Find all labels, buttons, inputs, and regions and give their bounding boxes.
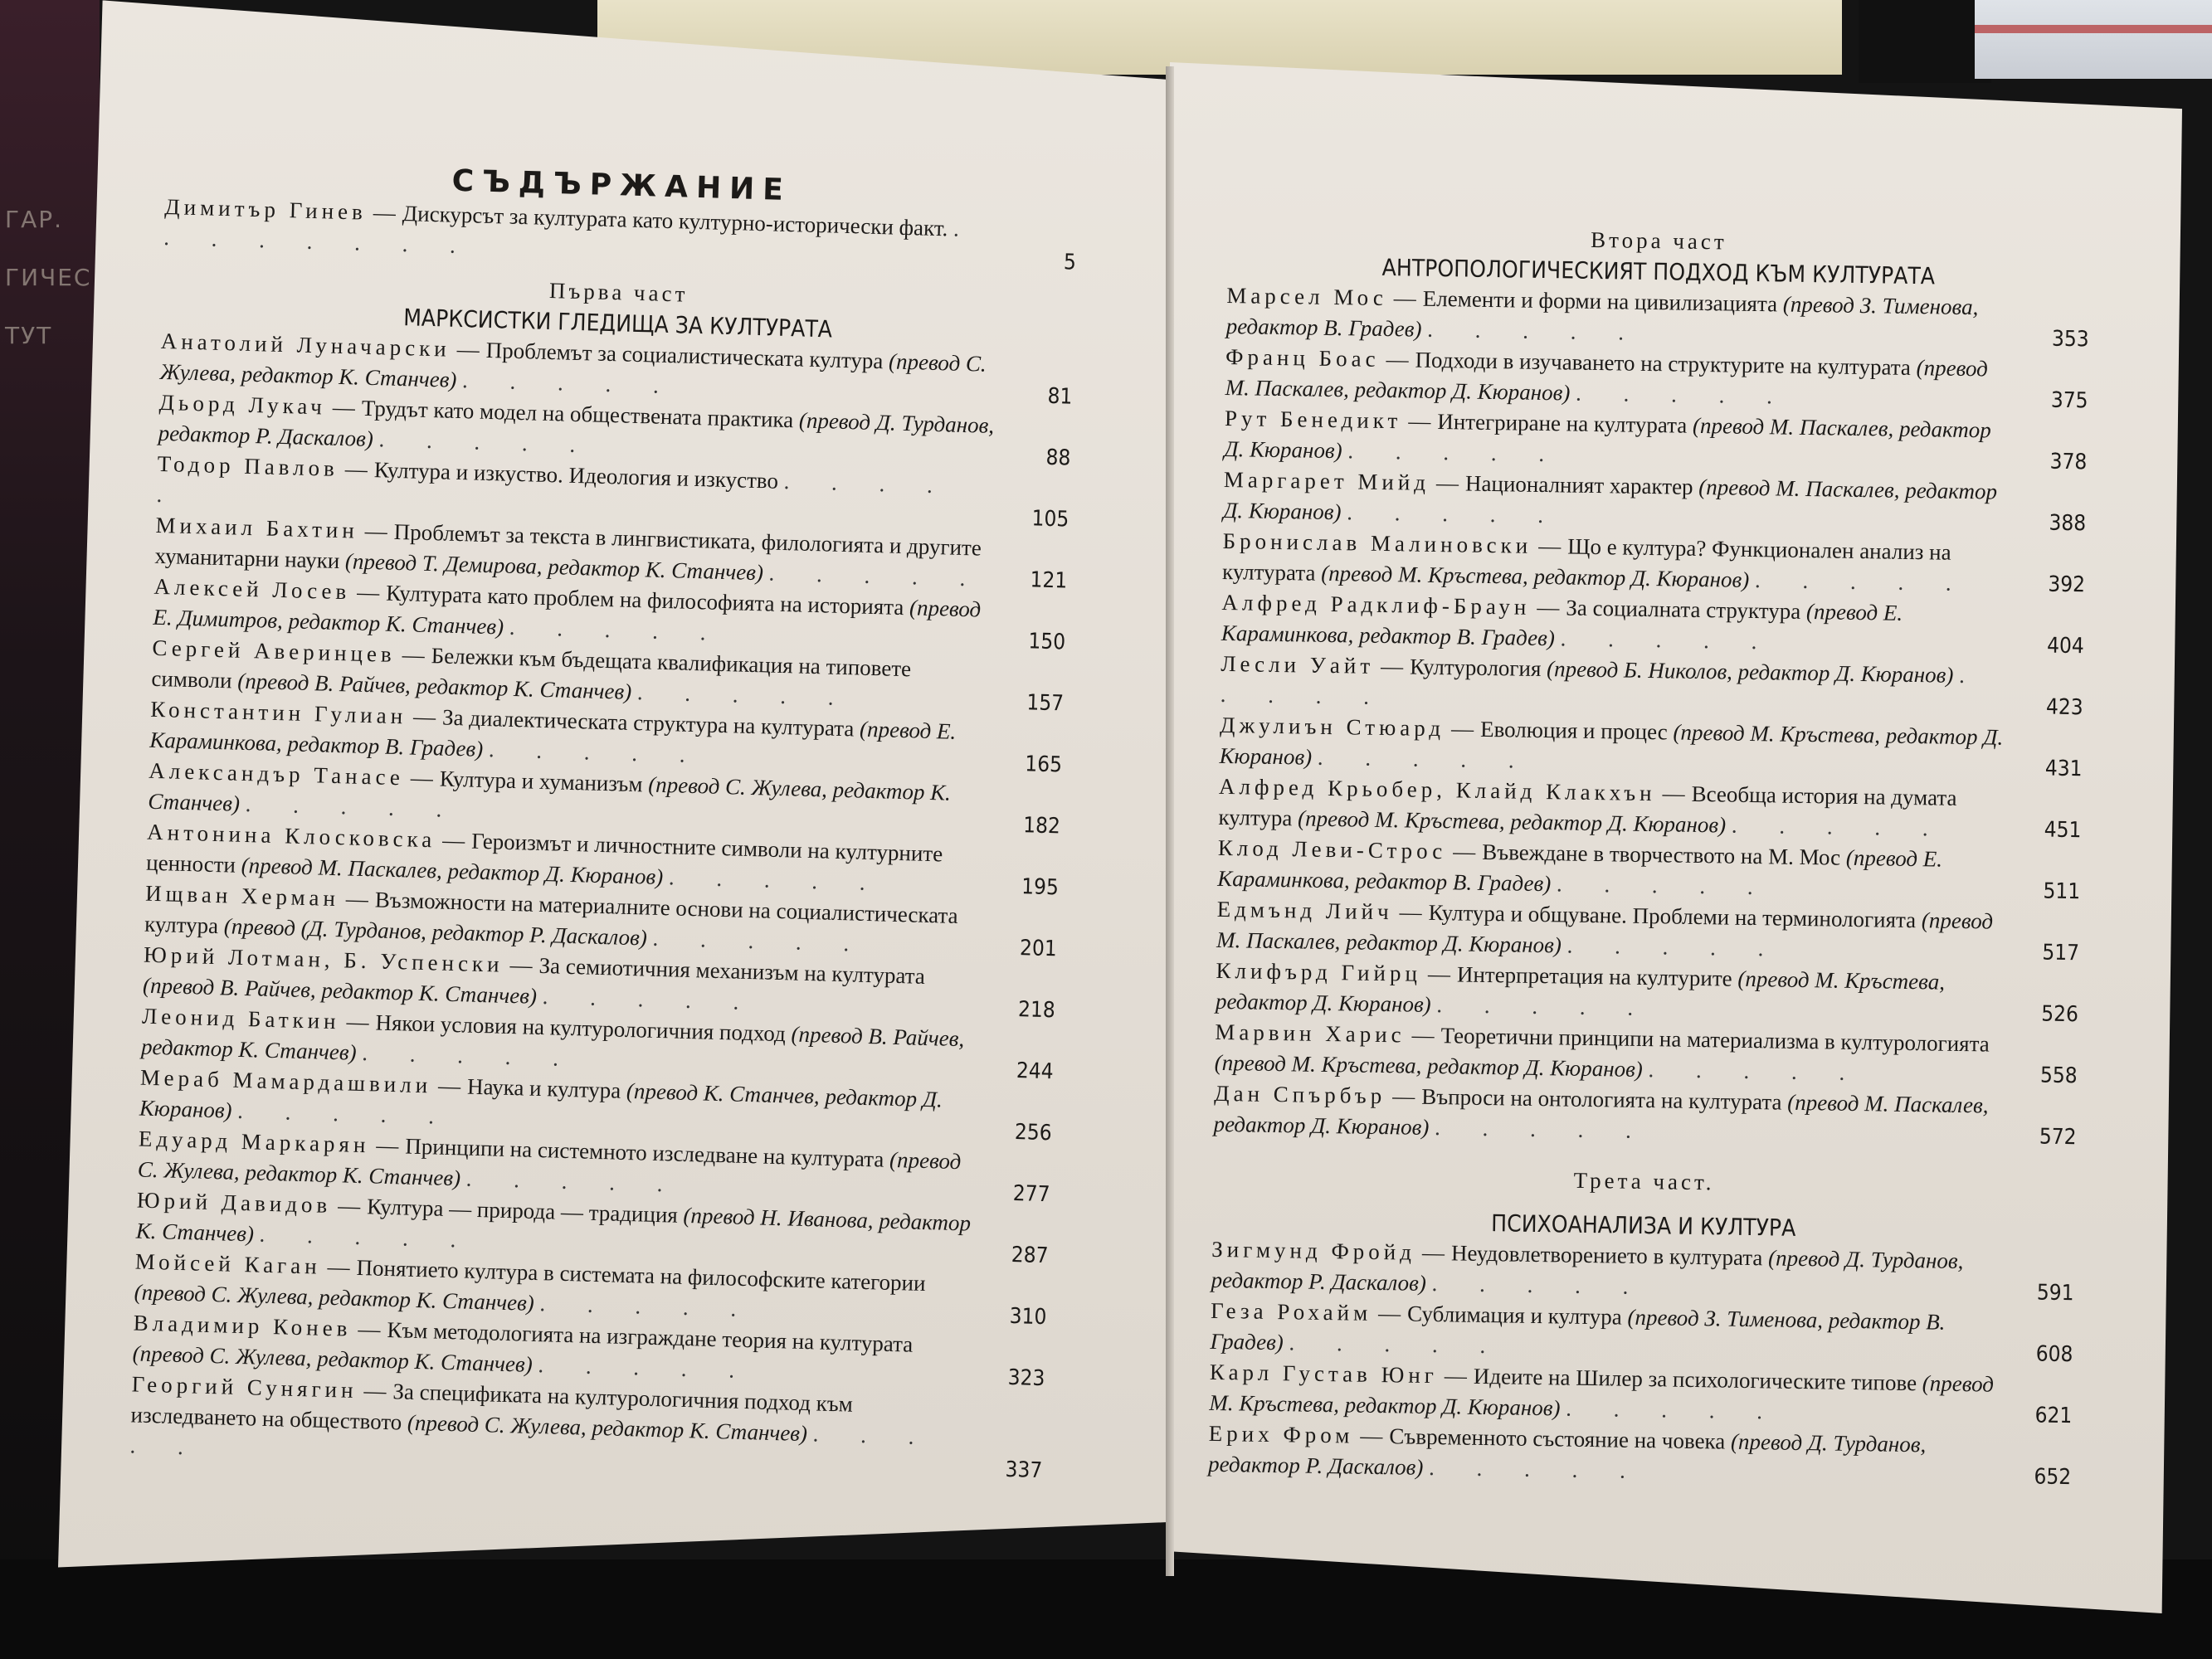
entry-page: 165 xyxy=(995,748,1062,781)
dash: — xyxy=(1451,716,1474,741)
dash: — xyxy=(358,1316,381,1342)
entry-author: Димитър Гинев xyxy=(164,194,367,225)
entry-page: 392 xyxy=(2019,569,2086,601)
dash: — xyxy=(1453,839,1475,864)
entry-page: 652 xyxy=(2005,1462,2072,1493)
dash: — xyxy=(1381,654,1403,679)
dash: — xyxy=(402,642,425,668)
leader-dots: . . . . . xyxy=(362,1040,577,1071)
dash: — xyxy=(1537,595,1559,620)
entry-title: Еволюция и процес xyxy=(1480,717,1668,745)
entry-page: 353 xyxy=(2022,324,2089,355)
entry-author: Геза Рохайм xyxy=(1211,1298,1372,1326)
entry-author: Бронислав Малиновски xyxy=(1222,528,1532,558)
leader-dots: . . . . . xyxy=(669,864,884,895)
entry-page: 310 xyxy=(980,1301,1047,1333)
entry-author: Мераб Мамардашвили xyxy=(140,1065,432,1098)
leader-dots: . . . . . xyxy=(237,1098,452,1129)
dash: — xyxy=(338,1193,361,1219)
leader-dots: . . . . . xyxy=(637,679,852,710)
entry-title: Интерпретация на културите xyxy=(1457,961,1732,990)
entry-page: 81 xyxy=(1006,380,1073,412)
leader-dots: . . . . . xyxy=(1560,625,1775,654)
entry-page: 256 xyxy=(985,1117,1052,1149)
entry-page: 431 xyxy=(2015,753,2083,785)
dash: — xyxy=(438,1073,461,1099)
entry-page: 337 xyxy=(976,1454,1043,1486)
entry-credits: (превод М. Кръстева, редактор Д. Кюранов… xyxy=(1321,561,1749,592)
entry-page: 517 xyxy=(2013,937,2080,969)
leader-dots: . . . . . xyxy=(1648,1057,1863,1085)
leader-dots: . . . . . xyxy=(1347,499,1562,528)
entry-author: Анатолий Луначарски xyxy=(160,328,451,362)
entry-title: Култура и хуманизъм xyxy=(439,766,643,797)
entry-title: Теоретични принципи на материализма в ку… xyxy=(1440,1023,1989,1056)
leader-dots: . . . . . xyxy=(465,1166,680,1197)
entry-page: 5 xyxy=(1009,246,1076,278)
leader-dots: . . . . . xyxy=(542,984,757,1014)
dash: — xyxy=(346,1009,369,1034)
entry-title: Въпроси на онтологията на културата xyxy=(1421,1084,1782,1115)
dash: — xyxy=(1411,1023,1434,1048)
entry-page: 195 xyxy=(992,871,1059,903)
dash: — xyxy=(1662,781,1684,805)
entry-page: 608 xyxy=(2006,1339,2073,1370)
entry-author: Марвин Харис xyxy=(1215,1019,1406,1048)
entry-author: Зигмунд Фройд xyxy=(1211,1237,1415,1265)
entry-author: Антонина Клосковска xyxy=(147,820,436,853)
leader-dots: . . . . . xyxy=(462,367,677,398)
dash: — xyxy=(456,337,480,362)
entry-page: 388 xyxy=(2020,508,2087,539)
leader-dots: . . . . . xyxy=(1347,438,1562,466)
dash: — xyxy=(344,456,368,482)
leader-dots: . . . . . xyxy=(538,1352,753,1383)
entry-page: 287 xyxy=(982,1239,1049,1272)
dash: — xyxy=(357,580,380,606)
dash: — xyxy=(1394,285,1416,310)
entry-page: 451 xyxy=(2015,815,2082,846)
dash: — xyxy=(327,1254,350,1280)
leader-dots: . . . . . xyxy=(1755,567,1970,596)
leader-dots: . . . . . xyxy=(1289,1330,1503,1358)
dash: — xyxy=(364,518,387,544)
entry-page: 558 xyxy=(2010,1060,2078,1092)
entry-credits: (превод М. Кръстева, редактор Д. Кюранов… xyxy=(1215,1050,1643,1082)
entry-title: Култура — природа — традиция xyxy=(367,1194,678,1227)
part-label: Трета част. xyxy=(1212,1160,2075,1204)
dash: — xyxy=(413,704,436,730)
entry-page: 88 xyxy=(1004,441,1071,474)
entry-page: 323 xyxy=(978,1362,1045,1394)
entry-page: 218 xyxy=(988,994,1055,1026)
dash: — xyxy=(509,952,533,978)
entry-author: Мойсей Каган xyxy=(134,1248,321,1278)
entry-title: Подходи в изучаването на структурите на … xyxy=(1415,348,1911,380)
toc-right-column: Втора част АНТРОПОЛОГИЧЕСКИЯТ ПОДХОД КЪМ… xyxy=(1208,207,2091,1493)
entry-credits: (превод Б. Николов, редактор Д. Кюранов) xyxy=(1547,656,1954,688)
entry-credits: (превод С. Жулева, редактор К. Станчев) xyxy=(407,1410,808,1446)
entry-author: Ищван Херман xyxy=(145,881,340,912)
entry-title: Интегриране на културата xyxy=(1437,409,1687,438)
background-book-top-right xyxy=(1975,0,2212,79)
dash: — xyxy=(1399,899,1421,924)
leader-dots: . . . . . xyxy=(539,1291,754,1321)
entry-page: 105 xyxy=(1002,503,1069,535)
leader-dots: . . . . . xyxy=(1566,933,1781,961)
entry-title: Наука и култура xyxy=(467,1074,621,1103)
entry-author: Едуард Маркарян xyxy=(139,1126,370,1158)
entry-title: Неудовлетворението в културата xyxy=(1451,1240,1763,1270)
leader-dots: . . . . . xyxy=(1435,1115,1649,1143)
entry-page: 157 xyxy=(997,687,1065,719)
leader-dots: . . . . . xyxy=(245,791,460,822)
entry-page: 378 xyxy=(2020,446,2088,478)
entry-title: За социалната структура xyxy=(1566,595,1800,623)
toc-entry: Дан Спърбър—Въпроси на онтологията на ку… xyxy=(1213,1078,2077,1153)
leader-dots: . . . . . xyxy=(259,1222,474,1253)
dash: — xyxy=(1392,1083,1415,1108)
entry-page: 621 xyxy=(2005,1400,2073,1432)
leader-dots: . . . . . xyxy=(1427,317,1642,345)
dash: — xyxy=(1436,470,1459,495)
toc-left-column: СЪДЪРЖАНИЕ Димитър Гинев—Дискурсът за ку… xyxy=(129,158,1078,1486)
entry-author: Георгий Сунягин xyxy=(131,1371,358,1403)
dash: — xyxy=(346,886,369,912)
entry-author: Леонид Баткин xyxy=(142,1004,340,1034)
book-gutter xyxy=(1166,66,1174,1576)
dash: — xyxy=(363,1378,387,1404)
entry-author: Сергей Аверинцев xyxy=(152,635,396,667)
entry-title: Въвеждане в творчеството на М. Мос xyxy=(1482,839,1840,870)
entry-page: 375 xyxy=(2021,385,2088,416)
red-stripe xyxy=(1975,25,2212,33)
leader-dots: . . . . . xyxy=(378,426,593,457)
entry-page: 526 xyxy=(2012,999,2079,1030)
dash: — xyxy=(1408,408,1430,433)
entry-page: 404 xyxy=(2018,630,2085,662)
entry-author: Дьорд Лукач xyxy=(158,390,326,420)
entry-author: Карл Густав Юнг xyxy=(1210,1360,1438,1388)
dash: — xyxy=(373,200,396,226)
entry-author: Дан Спърбър xyxy=(1214,1081,1386,1108)
entry-page: 244 xyxy=(987,1055,1054,1087)
dash: — xyxy=(1422,1240,1445,1265)
entry-page: 423 xyxy=(2016,692,2083,723)
entry-page: 201 xyxy=(990,932,1057,965)
leader-dots: . . . . . xyxy=(652,926,867,956)
dash: — xyxy=(376,1133,399,1159)
leader-dots: . . . . . xyxy=(1732,813,1946,841)
entry-author: Клод Леви-Строс xyxy=(1218,835,1447,864)
entry-author: Едмънд Лийч xyxy=(1216,897,1392,924)
entry-author: Джулиън Стюард xyxy=(1220,713,1445,741)
entry-title: Сублимация и култура xyxy=(1407,1301,1622,1330)
leader-dots: . . . . . xyxy=(768,560,983,591)
entry-author: Клифърд Гийрц xyxy=(1216,958,1421,986)
entry-author: Юрий Лотман, Б. Успенски xyxy=(144,942,504,977)
leader-dots: . . . . . xyxy=(1431,1271,1646,1299)
entry-author: Алфред Радклиф-Браун xyxy=(1221,590,1530,620)
entry-author: Юрий Давидов xyxy=(136,1188,331,1219)
entry-author: Марсел Мос xyxy=(1226,283,1387,310)
leader-dots: . . . . . xyxy=(1436,992,1651,1020)
dash: — xyxy=(442,828,465,854)
entry-author: Маргарет Мийд xyxy=(1224,467,1430,495)
dash: — xyxy=(410,766,433,791)
entry-page: 572 xyxy=(2010,1121,2077,1153)
entry-author: Рут Бенедикт xyxy=(1225,406,1402,433)
entry-title: Идеите на Шилер за психологическите типо… xyxy=(1474,1364,1917,1395)
entry-author: Алексей Лосев xyxy=(153,574,351,605)
dash: — xyxy=(1360,1423,1382,1448)
dash: — xyxy=(1428,961,1450,986)
entry-title: Култура и общуване. Проблеми на терминол… xyxy=(1428,900,1916,932)
entry-author: Ерих Фром xyxy=(1209,1421,1354,1448)
entry-author: Лесли Уайт xyxy=(1220,651,1374,679)
entry-page: 121 xyxy=(1001,564,1068,596)
dash: — xyxy=(1445,1363,1467,1388)
background-shadow xyxy=(1859,0,1991,83)
leader-dots: . . . . . xyxy=(489,737,704,767)
entry-title: Съвременното състояние на човека xyxy=(1389,1423,1725,1453)
entry-page: 511 xyxy=(2014,876,2081,907)
entry-author: Владимир Конев xyxy=(133,1310,352,1340)
entry-author: Константин Гулиан xyxy=(150,697,407,729)
entry-title: Елементи и форми на цивилизацията xyxy=(1423,286,1778,317)
leader-dots: . . . . . xyxy=(1429,1455,1644,1483)
dash: — xyxy=(1538,533,1561,558)
leader-dots: . . . . . xyxy=(1576,381,1791,409)
entry-author: Алфред Крьобер, Клайд Клакхън xyxy=(1219,774,1656,805)
entry-title: Културология xyxy=(1410,654,1542,681)
entry-author: Михаил Бахтин xyxy=(155,513,358,543)
entry-credits: (превод М. Кръстева, редактор Д. Кюранов… xyxy=(1298,805,1726,837)
spine-text: ГАР. ГИЧЕС ТУТ xyxy=(5,191,96,365)
dash: — xyxy=(332,395,355,421)
entry-author: Франц Боас xyxy=(1225,344,1380,372)
leader-dots: . . . . . xyxy=(509,615,724,645)
dash: — xyxy=(1378,1301,1401,1326)
entry-author: Александър Танасе xyxy=(149,758,404,791)
leader-dots: . . . . . xyxy=(1557,871,1771,899)
entry-title: Националният характер xyxy=(1465,471,1693,499)
entry-author: Тодор Павлов xyxy=(157,451,339,481)
leader-dots: . . . . . xyxy=(1566,1396,1781,1424)
dash: — xyxy=(1386,347,1408,372)
entry-page: 182 xyxy=(993,810,1060,842)
entry-page: 277 xyxy=(983,1178,1050,1210)
entry-page: 150 xyxy=(999,625,1066,658)
entry-page: 591 xyxy=(2007,1277,2074,1309)
leader-dots: . . . . . xyxy=(1318,745,1532,773)
